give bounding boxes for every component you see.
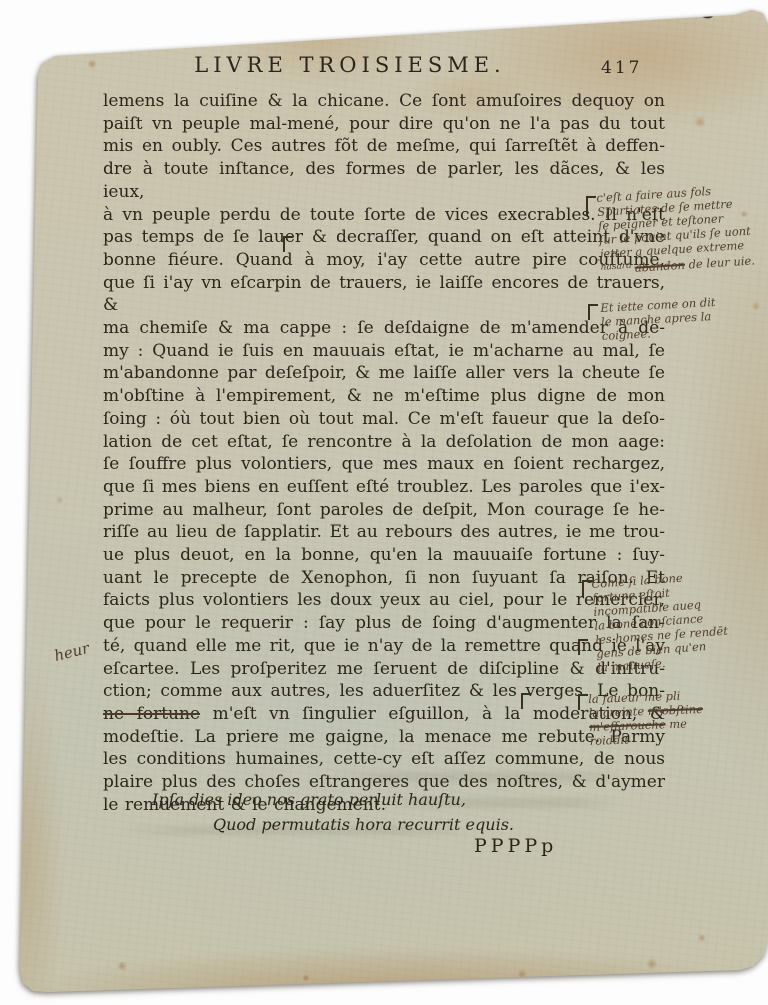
text-line: mis en oubly. Ces autres fõt de meſme, q… [103,135,665,158]
text-line: Spartiates de ſe mettre [597,194,768,219]
text-line: ſoing : óù tout bien où tout mal. Ce m'e… [103,408,665,431]
text-line: plaire plus des choſes eſtrangeres que d… [103,771,665,794]
text-line: coignee. [601,320,768,343]
text-line: que pour le requerir : ſay plus de ſoing… [103,612,665,635]
insertion-mark [283,236,293,252]
text-line: m'effarouche me [589,714,768,734]
bleed-through-smudge [330,772,630,782]
text-line: m'abandonne par deſeſpoir, & me laiſſe a… [103,362,665,385]
text-line: la faueur me pli [588,686,768,706]
text-line: ſe ſouffre plus volontiers, que mes maux… [103,453,665,476]
printed-text-block: lemens la cuiſine & la chicane. Ce ſont … [103,90,665,817]
text-line: modeſtie. La priere me gaigne, la menace… [103,726,665,749]
text-line: la creinte m'obſtine [588,700,768,720]
text-line: Come ſi la bone [591,564,768,591]
text-line: c'eſt a faire aus fols [596,180,768,205]
text-line: que ſi mes biens en euſſent eſté trouble… [103,476,665,499]
text-line: lation de cet eſtat, ſe rencontre à la d… [103,431,665,454]
text-line: bonne fiéure. Quand à moy, i'ay cette au… [103,249,665,272]
text-line: fortune eſtoit [592,578,768,605]
text-line: ma chemiſe & ma cappe : ſe deſdaigne de … [103,317,665,340]
latin-verse: Ipſa dies ideo nos grato perluit hauſtu,… [152,787,514,837]
book-page: LIVRE TROISIESME. 417 lemens la cuiſine … [0,0,768,1005]
margin-note-fortune: Come ſi la bonefortune eſtoitincompatibl… [591,564,768,674]
margin-note-heur: heur [52,639,91,665]
insertion-mark [578,639,588,655]
text-line: eſcartee. Les proſperitez me ſeruent de … [103,658,665,681]
text-line: ſe peigner et teſtoner [598,208,768,233]
text-line: ne fortune m'eſt vn ſingulier eſguillon,… [103,703,665,726]
text-line: pas temps de ſe lauer & decraſſer, quand… [103,226,665,249]
text-line: riſſe au lieu de ſapplatir. Et au rebour… [103,521,665,544]
text-line: paiſt vn peuple mal-mené, pour dire qu'o… [103,113,665,136]
text-line: dre à toute inſtance, des formes de parl… [103,158,665,203]
text-line: le remuement & le changement: [103,794,665,817]
text-line: hasard abandon de leur uie. [600,250,768,277]
text-line: roiddit [589,728,768,748]
text-line: les conditions humaines, cette-cy eſt aſ… [103,748,665,771]
insertion-mark [588,304,598,320]
text-line: Quod permutatis hora recurrit equis. [213,812,514,837]
margin-note-faveur: la faueur me plila creinte m'obſtinem'ef… [588,686,768,748]
text-line: my : Quand ie ſuis en mauuais eſtat, ie … [103,340,665,363]
text-line: ſur le pouint qu'ils ſe uont [599,222,768,247]
text-line: Ipſa dies ideo nos grato perluit hauſtu, [152,787,514,812]
text-line: les homes ne ſe rendēt [595,620,768,647]
text-line: gens de bien qu'en [596,634,768,661]
text-line: prime au malheur, ſont paroles de deſpit… [103,499,665,522]
margin-note-manche: Et iette come on ditle manche apres laco… [600,292,768,343]
ink-blot [697,5,715,20]
text-line: la bone conſciance [594,606,768,633]
text-line: jetter a quelque extreme [599,236,768,261]
insertion-mark [582,580,592,596]
text-line: faicts plus volontiers les doux yeux au … [103,589,665,612]
text-line: le manche apres la [601,306,768,329]
insertion-mark [578,694,588,710]
text-line: Et iette come on dit [600,292,768,315]
insertion-mark [586,196,596,216]
text-line: m'obſtine à l'empirement, & ne m'eſtime … [103,385,665,408]
text-line: ue plus deuot, en la bonne, qu'en la mau… [103,544,665,567]
running-title: LIVRE TROISIESME. [140,53,560,77]
text-line: incompatible aueq [593,592,768,619]
text-line: à vn peuple perdu de toute ſorte de vice… [103,204,665,227]
text-line: uant le precepte de Xenophon, ſi non ſuy… [103,567,665,590]
text-line: la mauueſe. [597,648,768,675]
insertion-mark [521,693,531,709]
signature-mark: PPPPp [474,835,557,857]
text-line: que ſi i'ay vn eſcarpin de trauers, ie l… [103,272,665,317]
scan-background: LIVRE TROISIESME. 417 lemens la cuiſine … [0,0,768,1005]
margin-note-spartiates: c'eſt a faire aus folsSpartiates de ſe m… [596,180,768,277]
bleed-through-smudge [380,798,620,808]
text-line: ction; comme aux autres, les aduerſitez … [103,680,665,703]
text-line: lemens la cuiſine & la chicane. Ce ſont … [103,90,665,113]
page-number: 417 [601,58,642,78]
text-line: té, quand elle me rit, que ie n'ay de la… [103,635,665,658]
bleed-through-smudge [120,826,480,835]
